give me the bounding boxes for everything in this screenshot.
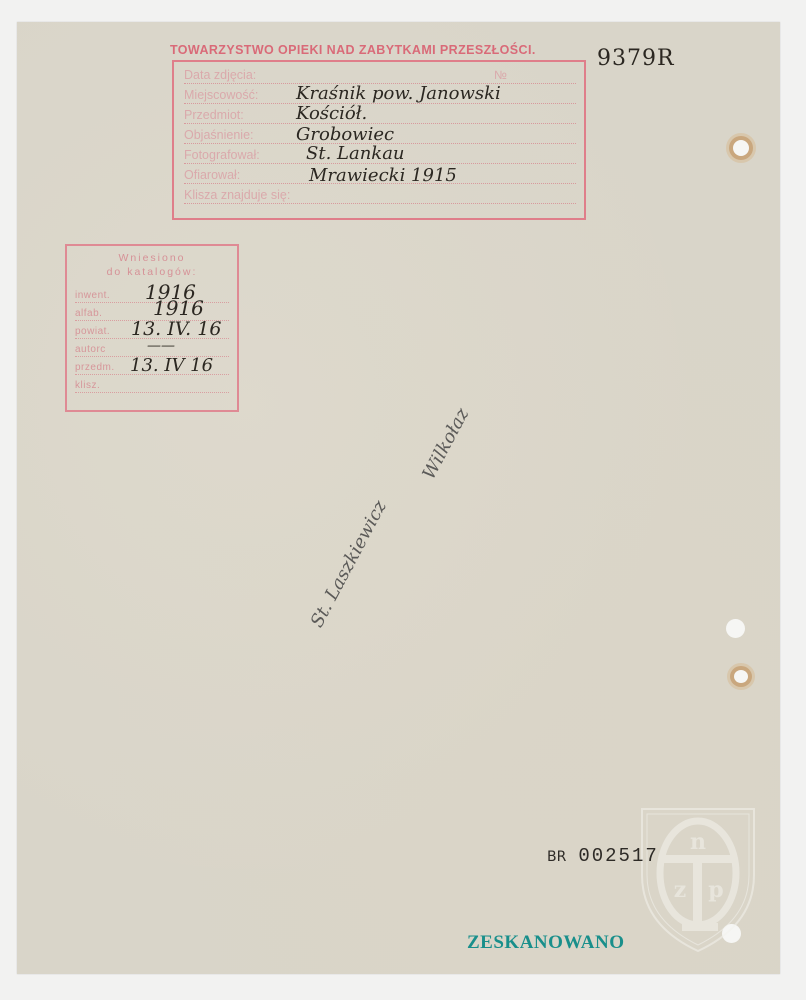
photographer-location: Wilkołaz (418, 405, 473, 483)
handwritten-value: St. Lankau (306, 143, 405, 164)
svg-text:z: z (674, 877, 687, 903)
institution-watermark-icon: n z p (638, 805, 758, 955)
catalog-label: przedm. (75, 362, 115, 373)
svg-text:p: p (708, 877, 723, 903)
handwritten-value: —— (147, 338, 175, 354)
catalog-row-subject: przedm. 13. IV 16 (75, 356, 229, 375)
torn-punch-hole (733, 140, 749, 156)
stamp-label: Ofiarował: (184, 168, 240, 182)
catalog-row-negative: klisz. (75, 374, 229, 393)
number-label: № (494, 68, 507, 82)
stamp-row-place: Miejscowość: Kraśnik pow. Janowski (184, 84, 576, 104)
catalog-row-county: powiat. 13. IV. 16 (75, 320, 229, 339)
handwritten-value: Mrawiecki 1915 (309, 165, 457, 186)
stamp-label: Miejscowość: (184, 88, 258, 102)
handwritten-value: Kraśnik pow. Janowski (296, 83, 501, 104)
catalog-label: inwent. (75, 290, 110, 301)
archive-id-number: 002517 (578, 845, 658, 867)
handwritten-value: 1916 (153, 296, 204, 320)
catalog-label: powiat. (75, 326, 110, 337)
punch-hole (726, 619, 745, 638)
stamp-label: Przedmiot: (184, 108, 244, 122)
stamp-label: Data zdjęcia: (184, 68, 256, 82)
catalog-label: alfab. (75, 308, 102, 319)
stamp-row-donor: Ofiarował: Mrawiecki 1915 (184, 164, 576, 184)
stamp-row-description: Objaśnienie: Grobowiec (184, 124, 576, 144)
stamp-label: Klisza znajduje się: (184, 188, 290, 202)
archive-id-prefix: BR (547, 849, 566, 865)
stamp-row-object: Przedmiot: Kościół. (184, 104, 576, 124)
stamp-row-date: Data zdjęcia: № (184, 64, 576, 84)
catalog-heading: Wniesiono (67, 252, 237, 264)
catalog-label: autorc (75, 344, 106, 355)
handwritten-value: Kościół. (296, 103, 367, 124)
stamp-row-photographer: Fotografował: St. Lankau (184, 144, 576, 164)
handwritten-value: Grobowiec (296, 124, 394, 145)
photographer-signature: St. Laszkiewicz (306, 497, 390, 631)
photo-info-stamp: Data zdjęcia: № Miejscowość: Kraśnik pow… (172, 60, 586, 220)
archival-card: 9379R TOWARZYSTWO OPIEKI NAD ZABYTKAMI P… (17, 22, 780, 974)
handwritten-value: 13. IV. 16 (131, 318, 221, 340)
handwritten-value: 13. IV 16 (130, 355, 213, 376)
stamp-label: Objaśnienie: (184, 128, 254, 142)
scanned-stamp: ZESKANOWANO (467, 932, 625, 954)
archive-id: BR002517 (547, 845, 659, 867)
catalog-row-inventory: inwent. 1916 (75, 284, 229, 303)
catalog-stamp: Wniesiono do katalogów: inwent. 1916 alf… (65, 244, 239, 412)
catalog-heading-2: do katalogów: (67, 266, 237, 278)
catalog-label: klisz. (75, 380, 100, 391)
stamp-row-negative: Klisza znajduje się: (184, 184, 576, 204)
svg-text:n: n (690, 829, 706, 855)
stamp-label: Fotografował: (184, 148, 260, 162)
torn-punch-hole (734, 670, 748, 683)
reference-number: 9379R (597, 46, 675, 71)
society-stamp-title: TOWARZYSTWO OPIEKI NAD ZABYTKAMI PRZESZŁ… (170, 43, 600, 57)
